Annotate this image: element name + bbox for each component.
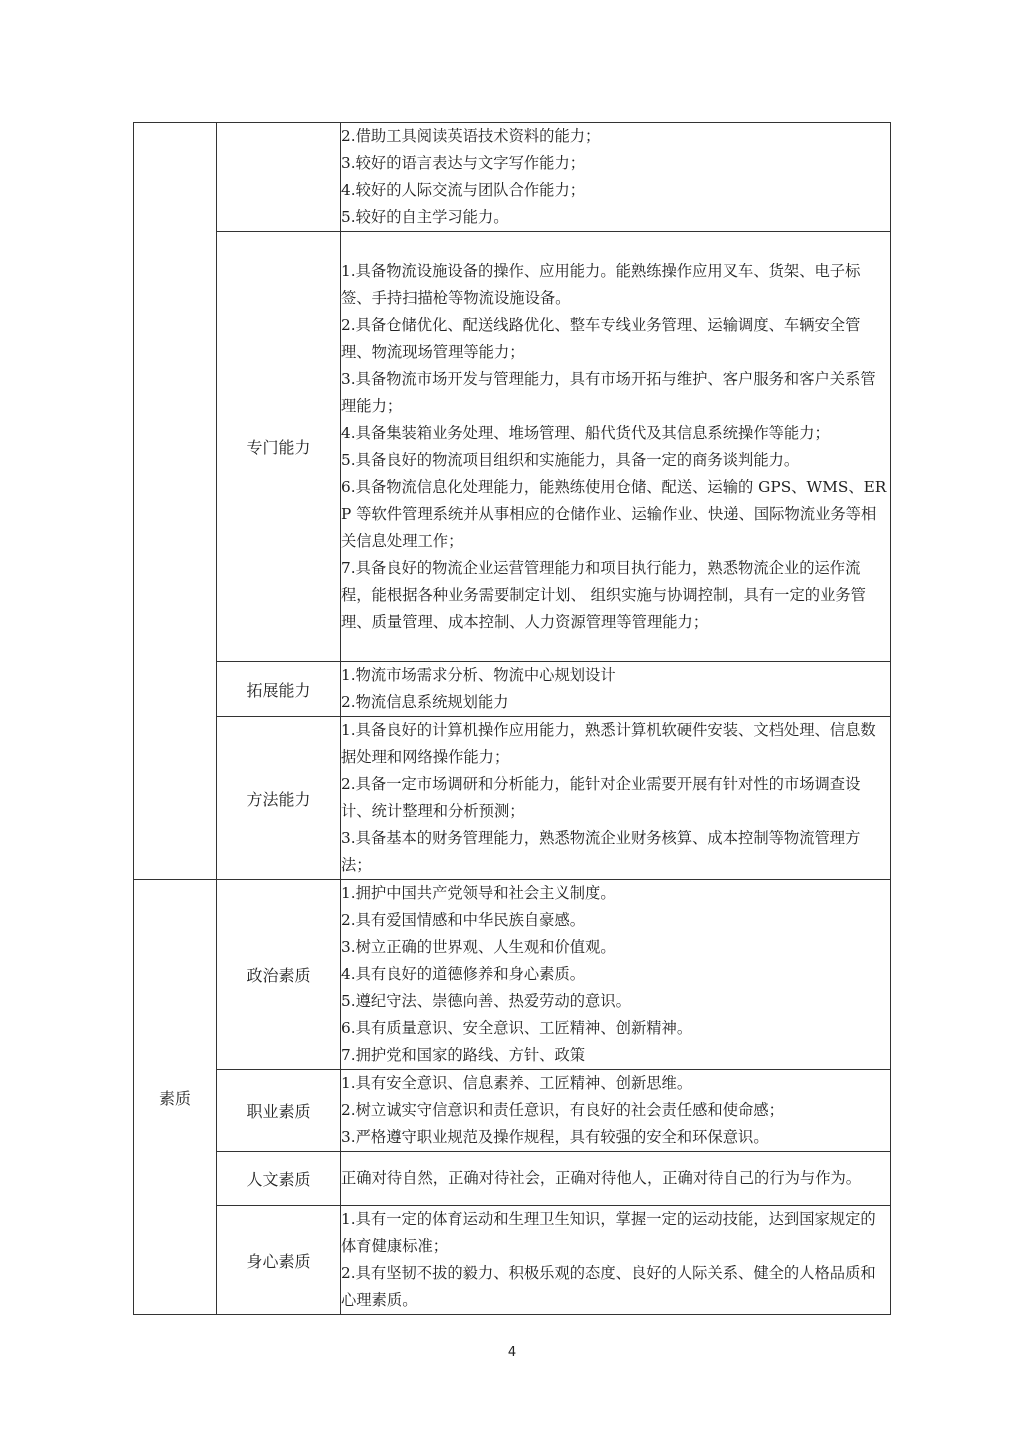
list-item: 1.具备良好的计算机操作应用能力，熟悉计算机软硬件安装、文档处理、信息数据处理和… <box>341 717 890 771</box>
table-row: 身心素质 1.具有一定的体育运动和生理卫生知识，掌握一定的运动技能，达到国家规定… <box>134 1206 891 1315</box>
list-item: 5.遵纪守法、崇德向善、热爱劳动的意识。 <box>341 988 890 1015</box>
list-item: 1.具有安全意识、信息素养、工匠精神、创新思维。 <box>341 1070 890 1097</box>
list-item: 1.物流市场需求分析、物流中心规划设计 <box>341 662 890 689</box>
list-item: 4.具有良好的道德修养和身心素质。 <box>341 961 890 988</box>
sub-category-cell: 身心素质 <box>217 1206 341 1315</box>
list-item: 3.较好的语言表达与文字写作能力； <box>341 150 890 177</box>
list-item: 2.具有坚韧不拔的毅力、积极乐观的态度、良好的人际关系、健全的人格品质和心理素质… <box>341 1260 890 1314</box>
training-spec-table: 2.借助工具阅读英语技术资料的能力； 3.较好的语言表达与文字写作能力； 4.较… <box>133 122 891 1315</box>
list-item: 2.具备一定市场调研和分析能力，能针对企业需要开展有针对性的市场调查设计、统计整… <box>341 771 890 825</box>
content-cell: 1.具有安全意识、信息素养、工匠精神、创新思维。 2.树立诚实守信意识和责任意识… <box>341 1070 891 1152</box>
list-item: 4.具备集装箱业务处理、堆场管理、船代货代及其信息系统操作等能力； <box>341 420 890 447</box>
list-item: 6.具有质量意识、安全意识、工匠精神、创新精神。 <box>341 1015 890 1042</box>
list-item: 1.拥护中国共产党领导和社会主义制度。 <box>341 880 890 907</box>
list-item: 1.具备物流设施设备的操作、应用能力。能熟练操作应用叉车、货架、电子标签、手持扫… <box>341 258 890 312</box>
content-cell: 1.具有一定的体育运动和生理卫生知识，掌握一定的运动技能，达到国家规定的体育健康… <box>341 1206 891 1315</box>
list-item: 7.具备良好的物流企业运营管理能力和项目执行能力，熟悉物流企业的运作流程，能根据… <box>341 555 890 636</box>
category-cell-quality: 素质 <box>134 880 217 1315</box>
content-cell: 1.拥护中国共产党领导和社会主义制度。 2.具有爱国情感和中华民族自豪感。 3.… <box>341 880 891 1070</box>
sub-category-cell <box>217 123 341 232</box>
sub-category-cell: 方法能力 <box>217 717 341 880</box>
table-row: 人文素质 正确对待自然，正确对待社会，正确对待他人，正确对待自己的行为与作为。 <box>134 1152 891 1206</box>
list-item: 2.具备仓储优化、配送线路优化、整车专线业务管理、运输调度、车辆安全管理、物流现… <box>341 312 890 366</box>
list-item: 2.借助工具阅读英语技术资料的能力； <box>341 123 890 150</box>
sub-category-cell: 专门能力 <box>217 232 341 662</box>
table-row: 职业素质 1.具有安全意识、信息素养、工匠精神、创新思维。 2.树立诚实守信意识… <box>134 1070 891 1152</box>
content-cell: 2.借助工具阅读英语技术资料的能力； 3.较好的语言表达与文字写作能力； 4.较… <box>341 123 891 232</box>
list-item: 正确对待自然，正确对待社会，正确对待他人，正确对待自己的行为与作为。 <box>341 1165 890 1192</box>
list-item: 3.树立正确的世界观、人生观和价值观。 <box>341 934 890 961</box>
page-number: 4 <box>0 1345 1024 1360</box>
list-item: 7.拥护党和国家的路线、方针、政策 <box>341 1042 890 1069</box>
list-item: 3.严格遵守职业规范及操作规程，具有较强的安全和环保意识。 <box>341 1124 890 1151</box>
sub-category-cell: 拓展能力 <box>217 662 341 717</box>
list-item: 1.具有一定的体育运动和生理卫生知识，掌握一定的运动技能，达到国家规定的体育健康… <box>341 1206 890 1260</box>
content-cell: 正确对待自然，正确对待社会，正确对待他人，正确对待自己的行为与作为。 <box>341 1152 891 1206</box>
list-item: 4.较好的人际交流与团队合作能力； <box>341 177 890 204</box>
content-cell: 1.具备良好的计算机操作应用能力，熟悉计算机软硬件安装、文档处理、信息数据处理和… <box>341 717 891 880</box>
sub-category-cell: 政治素质 <box>217 880 341 1070</box>
table-row: 专门能力 1.具备物流设施设备的操作、应用能力。能熟练操作应用叉车、货架、电子标… <box>134 232 891 662</box>
table-row: 2.借助工具阅读英语技术资料的能力； 3.较好的语言表达与文字写作能力； 4.较… <box>134 123 891 232</box>
sub-category-cell: 职业素质 <box>217 1070 341 1152</box>
table-row: 方法能力 1.具备良好的计算机操作应用能力，熟悉计算机软硬件安装、文档处理、信息… <box>134 717 891 880</box>
list-item: 6.具备物流信息化处理能力，能熟练使用仓储、配送、运输的 GPS、WMS、ERP… <box>341 474 890 555</box>
list-item: 2.树立诚实守信意识和责任意识，有良好的社会责任感和使命感； <box>341 1097 890 1124</box>
list-item: 5.较好的自主学习能力。 <box>341 204 890 231</box>
list-item: 5.具备良好的物流项目组织和实施能力，具备一定的商务谈判能力。 <box>341 447 890 474</box>
table-row: 素质 政治素质 1.拥护中国共产党领导和社会主义制度。 2.具有爱国情感和中华民… <box>134 880 891 1070</box>
list-item: 3.具备物流市场开发与管理能力，具有市场开拓与维护、客户服务和客户关系管理能力； <box>341 366 890 420</box>
table-row: 拓展能力 1.物流市场需求分析、物流中心规划设计 2.物流信息系统规划能力 <box>134 662 891 717</box>
content-cell: 1.物流市场需求分析、物流中心规划设计 2.物流信息系统规划能力 <box>341 662 891 717</box>
category-cell-ability <box>134 123 217 880</box>
sub-category-cell: 人文素质 <box>217 1152 341 1206</box>
list-item: 3.具备基本的财务管理能力，熟悉物流企业财务核算、成本控制等物流管理方法； <box>341 825 890 879</box>
content-cell: 1.具备物流设施设备的操作、应用能力。能熟练操作应用叉车、货架、电子标签、手持扫… <box>341 232 891 662</box>
list-item: 2.物流信息系统规划能力 <box>341 689 890 716</box>
list-item: 2.具有爱国情感和中华民族自豪感。 <box>341 907 890 934</box>
